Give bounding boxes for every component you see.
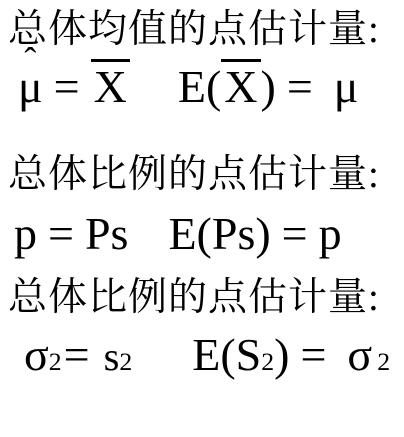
expectation-open: E( [178, 58, 221, 116]
equals-sign: = [287, 58, 313, 116]
sigma-symbol: σ [347, 326, 372, 384]
expectation-term: E(Ps) [168, 205, 270, 263]
squared-exponent: 2 [261, 346, 274, 378]
squared-exponent: 2 [377, 346, 390, 378]
p-symbol: p [14, 205, 37, 263]
s-symbol: s [104, 332, 120, 383]
mu-hat-symbol: ˆ μ [18, 58, 43, 116]
variance-expectation-equation: E(S 2 ) = σ 2 [192, 326, 390, 384]
proportion-estimator-equation: p = Ps [14, 205, 128, 263]
equals-sign: = [54, 58, 80, 116]
expectation-close: ) [274, 326, 289, 384]
mean-expectation-equation: E( X ) = μ [178, 58, 359, 116]
slide-content: 总体均值的点估计量: ˆ μ = X E( X ) = μ 总体比例的点估计量:… [0, 0, 404, 437]
x-bar-symbol: X [91, 59, 130, 111]
equals-sign: = [48, 205, 74, 263]
mu-symbol: μ [334, 58, 359, 116]
sigma-symbol: σ [24, 326, 49, 384]
squared-exponent: 2 [49, 346, 62, 378]
section-variance-formula: σ 2 = s 2 E(S 2 ) = σ 2 [8, 326, 400, 384]
section-mean-formula: ˆ μ = X E( X ) = μ [8, 58, 400, 116]
equals-sign: = [282, 205, 308, 263]
proportion-expectation-equation: E(Ps) = p [168, 205, 341, 263]
mean-estimator-equation: ˆ μ = X [18, 58, 130, 116]
expectation-close: ) [261, 58, 276, 116]
ps-symbol: Ps [85, 205, 128, 263]
section-variance-heading: 总体比例的点估计量: [8, 276, 400, 320]
section-proportion-formula: p = Ps E(Ps) = p [8, 205, 400, 263]
equals-sign: = [64, 326, 90, 384]
x-bar-symbol: X [221, 59, 260, 111]
expectation-open: E(S [192, 326, 261, 384]
hat-accent: ˆ [24, 43, 36, 79]
p-symbol: p [319, 205, 342, 263]
section-mean-heading: 总体均值的点估计量: [8, 8, 400, 52]
squared-exponent: 2 [119, 346, 132, 378]
variance-estimator-equation: σ 2 = s 2 [24, 326, 132, 384]
equals-sign: = [300, 326, 326, 384]
section-proportion-heading: 总体比例的点估计量: [8, 153, 400, 197]
